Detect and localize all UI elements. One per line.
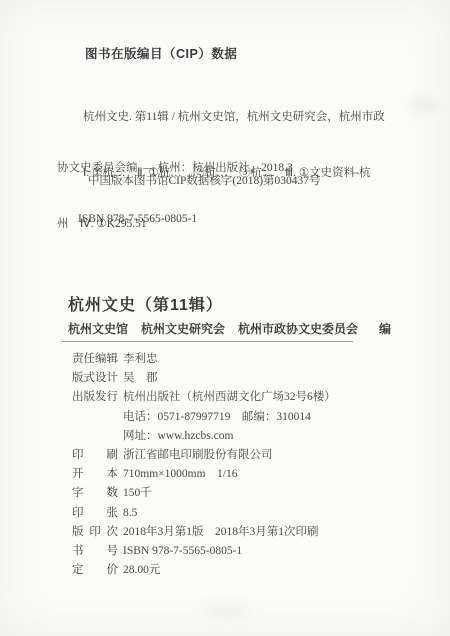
colophon-row-price: 定价 28.00元 [72,561,412,580]
colophon-row-label: 责任编辑 [72,350,118,369]
colophon-row-value: 李利忠 [123,350,158,369]
editors-line: 杭州文史馆 杭州文史研究会 杭州市政协文史委员会 编 [68,320,391,337]
colophon-row-label: 印刷 [72,446,118,465]
scan-smudge [408,98,438,112]
editor-org-3: 杭州市政协文史委员会 [238,320,358,337]
colophon-row-edition-impression: 版印次 2018年3月第1版 2018年3月第1次印刷 [72,523,412,542]
colophon-row-value: 吴 郡 [123,369,158,388]
colophon-row-isbn: 书号 ISBN 978-7-5565-0805-1 [72,542,412,561]
colophon-row-label: 版印次 [72,523,118,542]
colophon-row-label: 字数 [72,484,118,503]
cip-para-line-1: 杭州文史. 第11辑 / 杭州文史馆，杭州文史研究会，杭州市政 [57,109,387,126]
book-title: 杭州文史（第11辑） [68,292,223,315]
cip-class-line-2: 州 Ⅳ. ①K295.51 [57,216,387,233]
colophon-row-value: 28.00元 [123,561,160,580]
editor-role: 编 [379,320,391,337]
colophon-row-label: 定价 [72,561,118,580]
colophon-row-website: 网址：www.hzcbs.com [72,427,412,446]
cip-heading: 图书在版编目（CIP）数据 [85,44,237,62]
colophon-row-value: 150千 [123,484,152,503]
colophon-row-label: 印张 [72,504,118,523]
colophon-row-value: 电话：0571-87997719 邮编：310014 [123,408,311,427]
editor-org-1: 杭州文史馆 [68,320,128,337]
colophon-row-phone-postcode: 电话：0571-87997719 邮编：310014 [72,408,412,427]
cip-classification: Ⅰ. ①杭… Ⅱ. ①杭… ②杭… ③杭… Ⅲ. ①文史资料-杭 州 Ⅳ. ①K… [57,131,387,267]
colophon-row-value: ISBN 978-7-5565-0805-1 [123,542,242,561]
colophon-row-word-count: 字数 150千 [72,484,412,503]
colophon-row-value: 杭州出版社（杭州西湖文化广场32号6楼） [123,388,336,407]
colophon-row-value: 浙江省邮电印刷股份有限公司 [123,446,273,465]
colophon-row-label: 开本 [72,465,118,484]
colophon-row-layout-designer: 版式设计 吴 郡 [72,369,412,388]
colophon-row-value: 8.5 [123,504,137,523]
divider-rule [62,341,353,342]
colophon-row-value: 2018年3月第1版 2018年3月第1次印刷 [123,523,319,542]
scan-smudge [205,606,250,616]
colophon-row-responsible-editor: 责任编辑 李利忠 [72,350,412,369]
colophon-row-label: 出版发行 [72,388,118,407]
colophon-row-label: 书号 [72,542,118,561]
colophon-row-value: 网址：www.hzcbs.com [123,427,233,446]
colophon-row-publisher: 出版发行 杭州出版社（杭州西湖文化广场32号6楼） [72,388,412,407]
cip-record-number: 中国版本图书馆CIP数据核字(2018)第030437号 [88,172,321,188]
copyright-page: 图书在版编目（CIP）数据 杭州文史. 第11辑 / 杭州文史馆，杭州文史研究会… [0,0,450,636]
colophon-row-value: 710mm×1000mm 1/16 [123,465,237,484]
colophon-row-printer: 印刷 浙江省邮电印刷股份有限公司 [72,446,412,465]
editor-org-2: 杭州文史研究会 [141,320,225,337]
colophon-row-format: 开本 710mm×1000mm 1/16 [72,465,412,484]
colophon-row-sheets: 印张 8.5 [72,504,412,523]
colophon: 责任编辑 李利忠 版式设计 吴 郡 出版发行 杭州出版社（杭州西湖文化广场32号… [72,350,412,580]
colophon-row-label: 版式设计 [72,369,118,388]
